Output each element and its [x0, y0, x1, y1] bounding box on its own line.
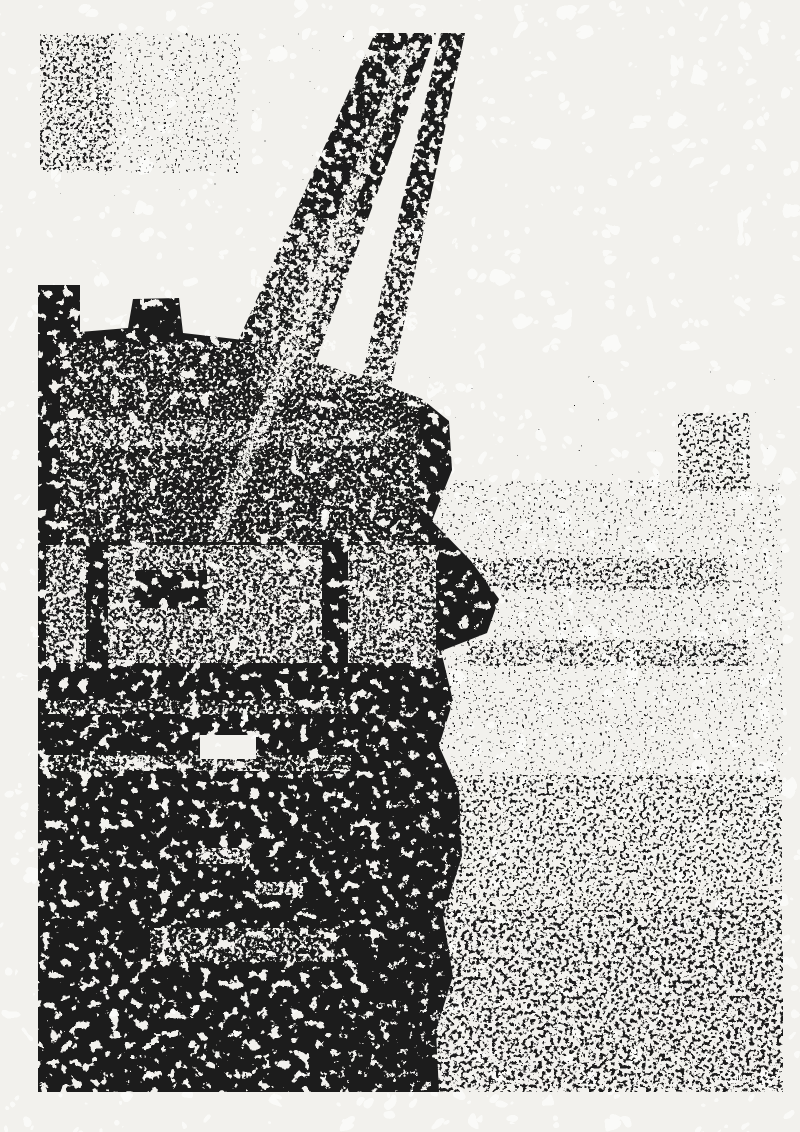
field-clump-row-2 — [468, 640, 748, 666]
field-corner-grass — [545, 950, 783, 1092]
wreck-dark-post-1 — [86, 545, 108, 697]
wire-dotted-line-1 — [430, 118, 782, 138]
wreck-light-streak-1 — [60, 420, 390, 446]
wreck-white-slit-2 — [106, 756, 154, 770]
hedge-speckle-main — [40, 33, 240, 173]
wreck-light-streak-2 — [48, 700, 348, 714]
hedge-speckle-fade — [40, 158, 225, 220]
bottom-stray-dots — [95, 1094, 685, 1110]
scene-layers — [0, 0, 800, 1132]
wreck-light-streak-3 — [46, 755, 351, 771]
field-bush-clump — [678, 413, 750, 491]
wreck-white-slit-1 — [200, 735, 256, 759]
wreck-white-slit-3 — [196, 848, 250, 864]
field-stray-dots-upper — [430, 278, 780, 373]
junction-mottle — [255, 218, 455, 393]
wreck-dark-blob — [135, 570, 207, 608]
dithered-photograph — [0, 0, 800, 1132]
photo-canvas — [0, 0, 800, 1132]
wreck-white-slit-4 — [255, 882, 303, 895]
wire-dotted-line-2 — [515, 232, 780, 248]
wreck-dark-post-2 — [322, 545, 348, 677]
wreck-light-streak-4 — [150, 928, 335, 962]
